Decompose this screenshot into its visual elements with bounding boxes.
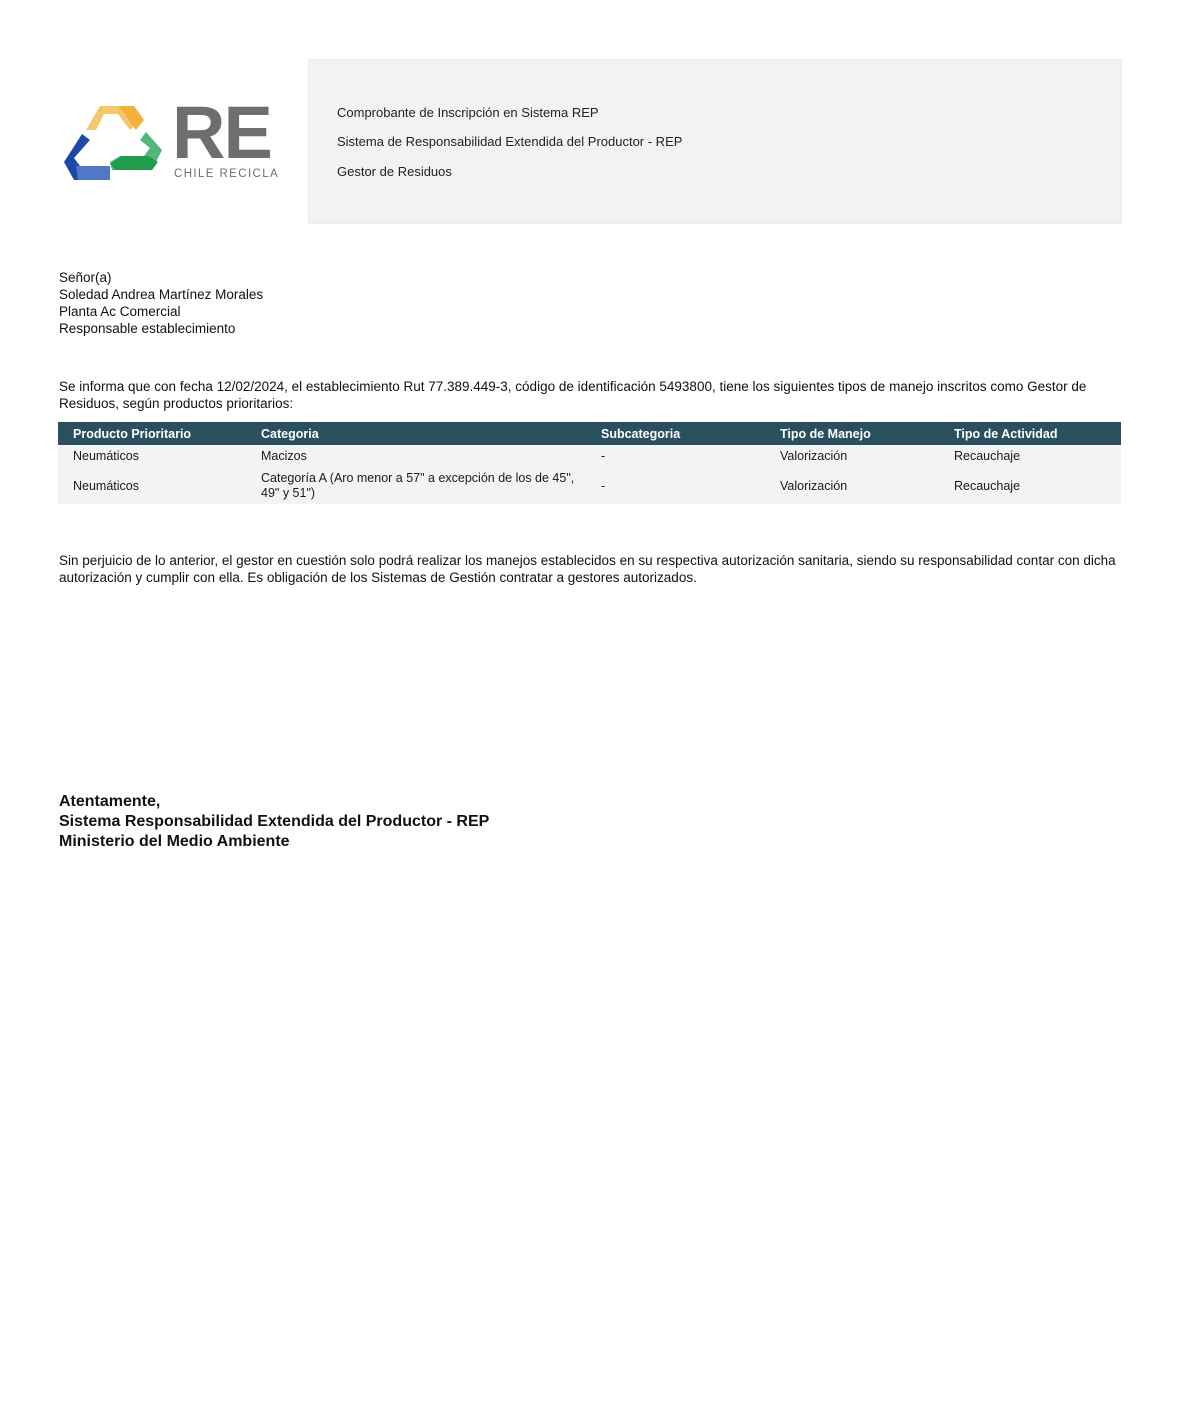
table-row: Neumáticos Categoría A (Aro menor a 57" … — [58, 468, 1121, 504]
cell-tipo-manejo: Valorización — [765, 445, 939, 468]
logo-subtitle: CHILE RECICLA — [174, 168, 279, 180]
cell-tipo-manejo: Valorización — [765, 468, 939, 504]
column-header-subcategoria: Subcategoria — [586, 422, 765, 445]
system-name: Sistema de Responsabilidad Extendida del… — [337, 134, 682, 149]
establishment-name: Planta Ac Comercial — [59, 303, 263, 320]
table-row: Neumáticos Macizos - Valorización Recauc… — [58, 445, 1121, 468]
salutation: Señor(a) — [59, 269, 263, 286]
intro-paragraph: Se informa que con fecha 12/02/2024, el … — [59, 378, 1129, 412]
recycle-arrows-icon — [60, 100, 168, 184]
management-types-table: Producto Prioritario Categoria Subcatego… — [58, 422, 1121, 504]
document-title: Comprobante de Inscripción en Sistema RE… — [337, 105, 599, 120]
column-header-producto: Producto Prioritario — [58, 422, 246, 445]
cell-categoria: Categoría A (Aro menor a 57" a excepción… — [246, 468, 586, 504]
column-header-tipo-actividad: Tipo de Actividad — [939, 422, 1121, 445]
cell-tipo-actividad: Recauchaje — [939, 445, 1121, 468]
cell-producto: Neumáticos — [58, 468, 246, 504]
column-header-tipo-manejo: Tipo de Manejo — [765, 422, 939, 445]
cell-tipo-actividad: Recauchaje — [939, 468, 1121, 504]
column-header-categoria: Categoria — [246, 422, 586, 445]
cell-producto: Neumáticos — [58, 445, 246, 468]
logo-wordmark: RE — [172, 96, 271, 170]
registration-type: Gestor de Residuos — [337, 164, 452, 179]
document-header: Comprobante de Inscripción en Sistema RE… — [308, 59, 1122, 224]
cell-subcategoria: - — [586, 445, 765, 468]
table-header-row: Producto Prioritario Categoria Subcatego… — [58, 422, 1121, 445]
addressee-name: Soledad Andrea Martínez Morales — [59, 286, 263, 303]
cell-categoria: Macizos — [246, 445, 586, 468]
notice-paragraph: Sin perjuicio de lo anterior, el gestor … — [59, 552, 1129, 586]
closing: Atentamente, — [59, 792, 489, 812]
addressee-role: Responsable establecimiento — [59, 320, 263, 337]
chile-recicla-logo: RE CHILE RECICLA — [60, 100, 280, 185]
signature-block: Atentamente, Sistema Responsabilidad Ext… — [59, 792, 489, 852]
signing-system: Sistema Responsabilidad Extendida del Pr… — [59, 812, 489, 832]
addressee-block: Señor(a) Soledad Andrea Martínez Morales… — [59, 269, 263, 337]
signing-ministry: Ministerio del Medio Ambiente — [59, 832, 489, 852]
cell-subcategoria: - — [586, 468, 765, 504]
